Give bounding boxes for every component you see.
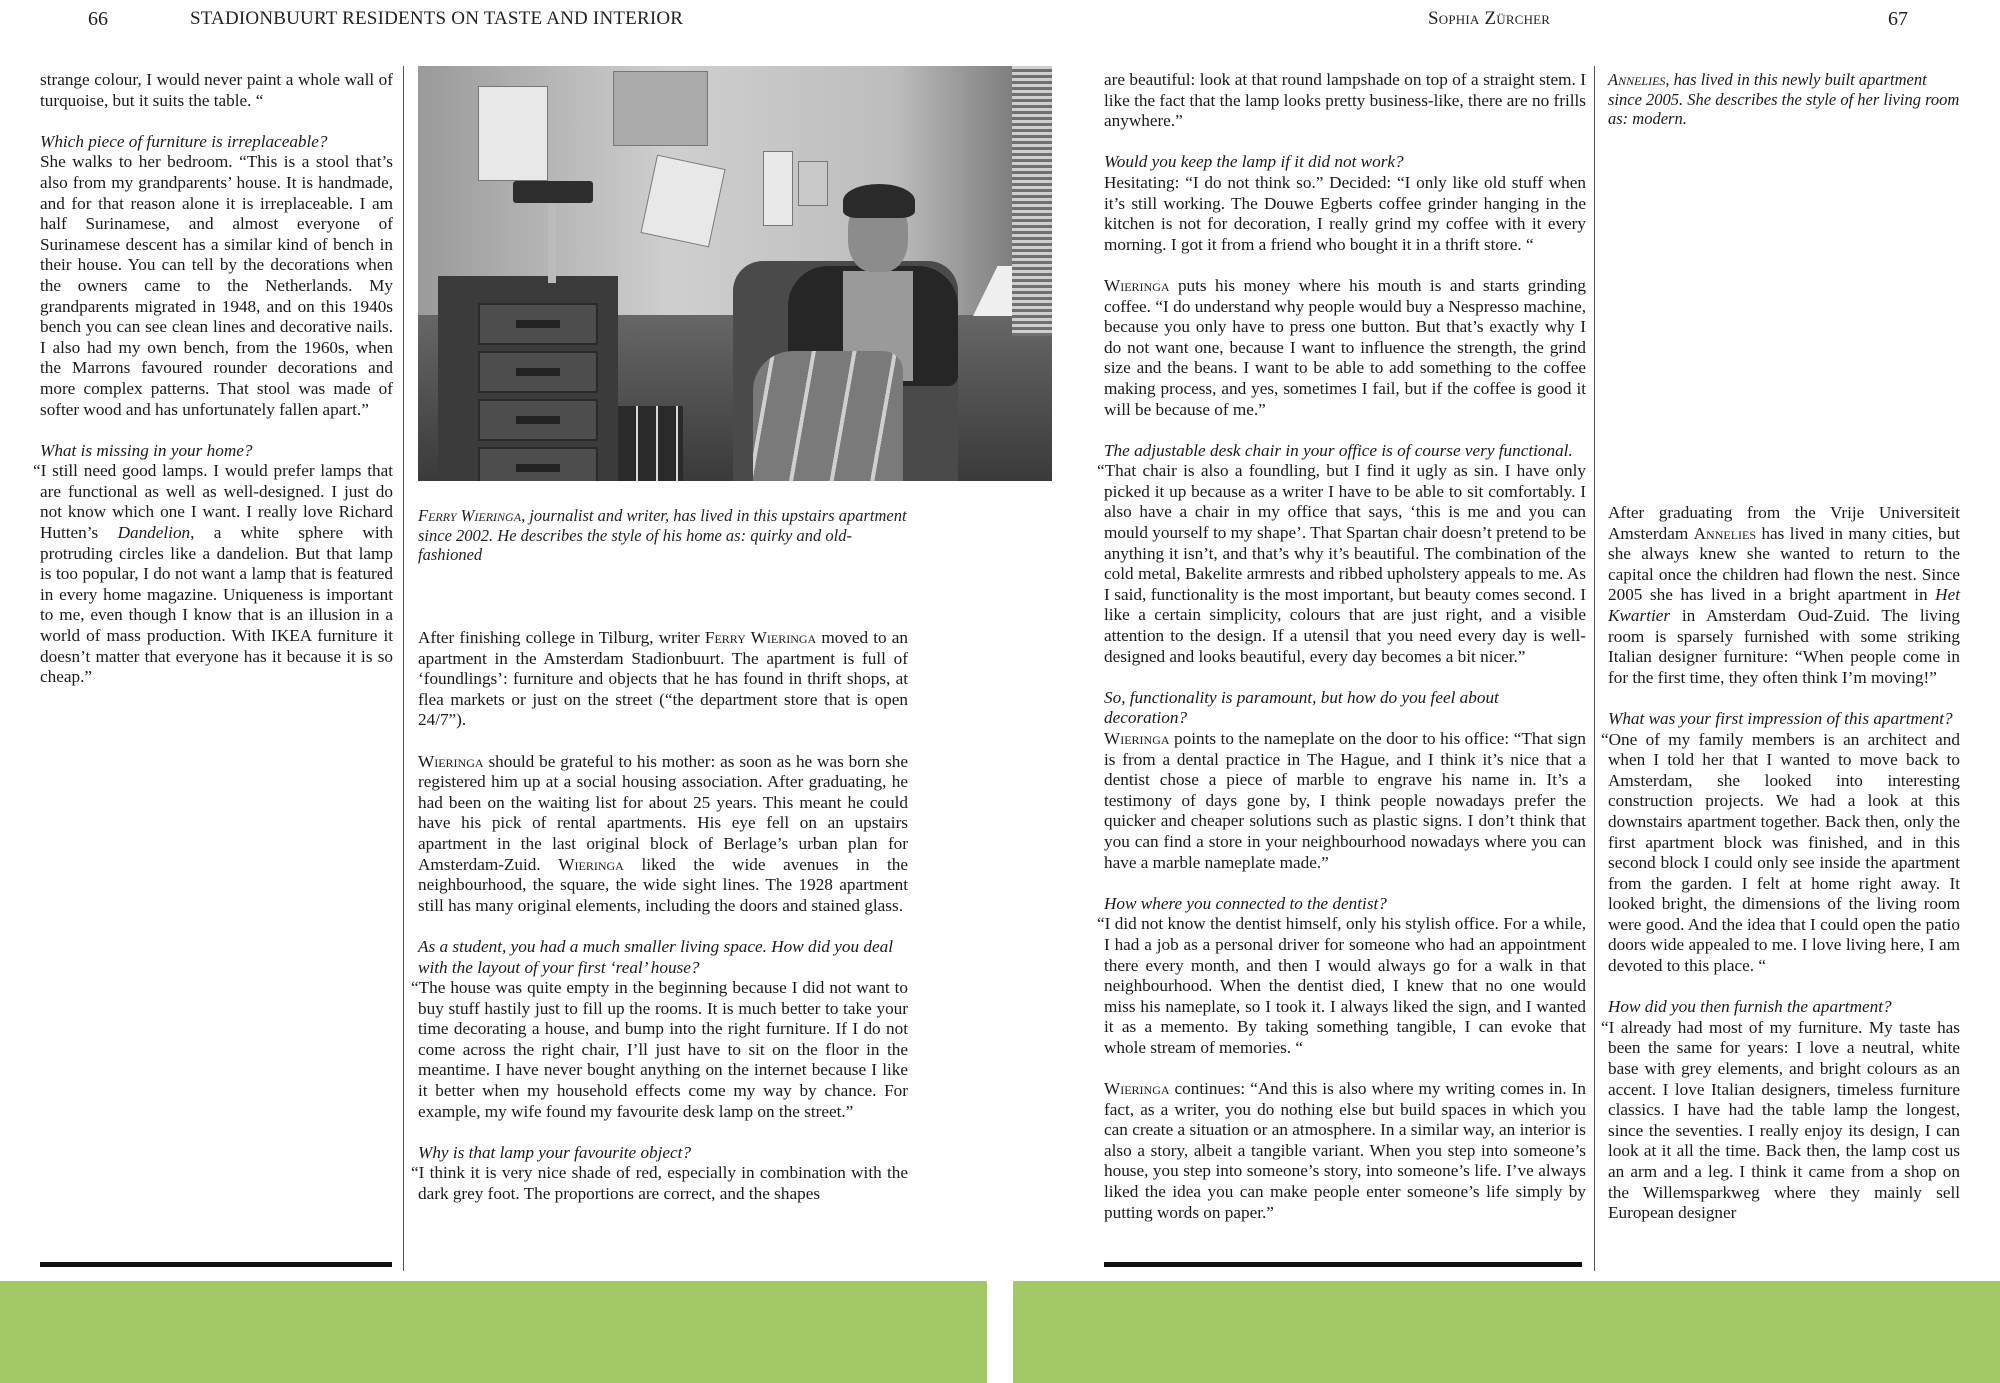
page-number-left: 66 [88, 8, 108, 31]
interview-answer: “One of my family members is an architec… [1608, 730, 1960, 977]
column-divider [1594, 66, 1595, 1271]
interview-question: What is missing in your home? [40, 441, 393, 462]
product-name: Dandelion [118, 523, 191, 542]
interview-question: As a student, you had a much smaller liv… [418, 937, 908, 978]
column-divider [403, 66, 404, 1271]
photo-drawer [478, 399, 598, 441]
left-page-column-1: strange colour, I would never paint a wh… [40, 70, 393, 688]
interview-question: Would you keep the lamp if it did not wo… [1104, 152, 1586, 173]
interview-answer: “I think it is very nice shade of red, e… [418, 1163, 908, 1204]
person-name: Annelies [1694, 524, 1756, 543]
paragraph: After graduating from the Vrije Universi… [1608, 503, 1960, 688]
paragraph: Wieringa should be grateful to his mothe… [418, 752, 908, 917]
photo-pinned-paper [763, 151, 793, 226]
interview-question: What was your first impression of this a… [1608, 709, 1960, 730]
photo-drawer [478, 447, 598, 481]
interview-answer: “That chair is also a foundling, but I f… [1104, 461, 1586, 667]
interview-question: Why is that lamp your favourite object? [418, 1143, 908, 1164]
interview-answer: “I still need good lamps. I would prefer… [40, 461, 393, 688]
column-end-rule [40, 1262, 392, 1267]
answer-text: points to the nameplate on the door to h… [1104, 729, 1586, 872]
photo-drawer [478, 351, 598, 393]
photo-caption: Ferry Wieringa, journalist and writer, h… [418, 506, 908, 565]
interview-question: How did you then furnish the apartment? [1608, 997, 1960, 1018]
photo-pinned-paper [478, 86, 548, 181]
paragraph: are beautiful: look at that round lampsh… [1104, 70, 1586, 132]
annelies-caption: Annelies, has lived in this newly built … [1608, 70, 1960, 129]
photo-desk-lamp [513, 181, 593, 203]
footer-band-right [1013, 1281, 2000, 1383]
interview-question: Which piece of furniture is irreplaceabl… [40, 132, 393, 153]
interview-answer: “The house was quite empty in the beginn… [418, 978, 908, 1122]
paragraph: strange colour, I would never paint a wh… [40, 70, 393, 111]
caption-name: Annelies [1608, 70, 1665, 89]
running-head-right: Sophia Zürcher [1428, 8, 1550, 30]
paragraph: After finishing college in Tilburg, writ… [418, 628, 908, 731]
photo-window-blinds [1012, 66, 1052, 336]
column-end-rule [1104, 1262, 1582, 1267]
answer-text: , a white sphere with protruding circles… [40, 523, 393, 686]
interview-answer: Wieringa points to the nameplate on the … [1104, 729, 1586, 873]
paragraph-text: After finishing college in Tilburg, writ… [418, 628, 705, 647]
photo-pinned-paper [613, 71, 708, 146]
interview-answer: “I already had most of my furniture. My … [1608, 1018, 1960, 1224]
interview-question: The adjustable desk chair in your office… [1104, 441, 1586, 462]
photo-drawer [478, 303, 598, 345]
caption-name: Ferry Wieringa [418, 506, 521, 525]
person-name: Wieringa [1104, 276, 1170, 295]
interview-question: How where you connected to the dentist? [1104, 894, 1586, 915]
photo-desk-lamp-stem [548, 203, 556, 283]
photo-pinned-paper [798, 161, 828, 206]
person-name: Ferry Wieringa [705, 628, 816, 647]
interview-answer: “I did not know the dentist himself, onl… [1104, 914, 1586, 1058]
photo-blanket [753, 351, 903, 481]
photo-binders [618, 406, 683, 481]
paragraph: Wieringa puts his money where his mouth … [1104, 276, 1586, 420]
person-name: Wieringa [1104, 1079, 1170, 1098]
photo-person-hair [843, 184, 915, 218]
left-page-column-2: After finishing college in Tilburg, writ… [418, 628, 908, 1205]
page-number-right: 67 [1888, 8, 1908, 31]
running-head-left: STADIONBUURT RESIDENTS ON TASTE AND INTE… [190, 8, 683, 30]
interview-answer: She walks to her bedroom. “This is a sto… [40, 152, 393, 420]
interview-answer: Hesitating: “I do not think so.” Decided… [1104, 173, 1586, 255]
paragraph-text: continues: “And this is also where my wr… [1104, 1079, 1586, 1222]
right-page-column-1: are beautiful: look at that round lampsh… [1104, 70, 1586, 1223]
person-name: Wieringa [558, 855, 624, 874]
person-name: Wieringa [1104, 729, 1170, 748]
right-page-column-2: After graduating from the Vrije Universi… [1608, 503, 1960, 1224]
paragraph-text: puts his money where his mouth is and st… [1104, 276, 1586, 419]
portrait-photo [418, 66, 1052, 481]
person-name: Wieringa [418, 752, 484, 771]
interview-question: So, functionality is paramount, but how … [1104, 688, 1586, 729]
footer-band-left [0, 1281, 987, 1383]
paragraph: Wieringa continues: “And this is also wh… [1104, 1079, 1586, 1223]
